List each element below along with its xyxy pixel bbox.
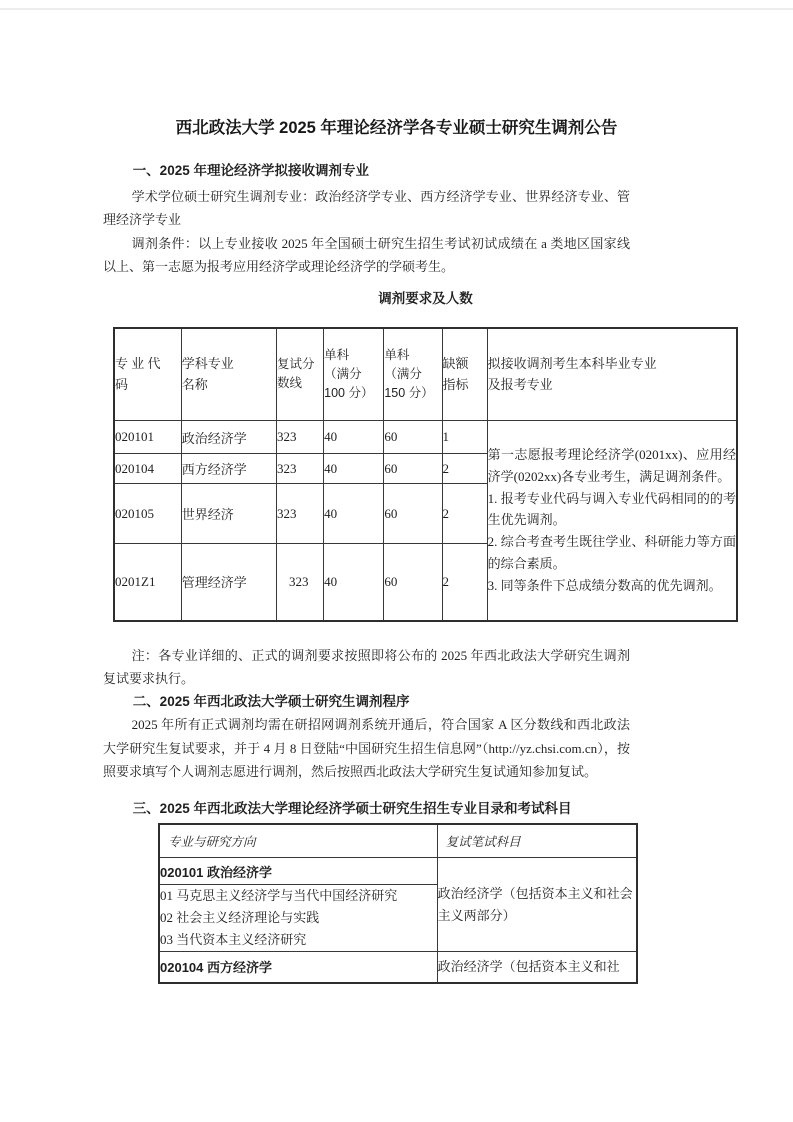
table2-header-exam: 复试笔试科目 <box>437 824 637 858</box>
cell-single150: 60 <box>384 484 442 544</box>
cell-single100: 40 <box>324 454 384 484</box>
table-row: 020104 西方经济学 政治经济学（包括资本主义和社 <box>159 952 637 983</box>
cell-single100: 40 <box>324 484 384 544</box>
cell-code: 020105 <box>114 484 181 544</box>
cell-name: 世界经济 <box>181 484 276 544</box>
adjustment-quota-table: 专 业 代 码 学科专业 名称 复试分 数线 单科 （满分 100 分） 单科 … <box>113 327 738 622</box>
table1-requirement-cell: 第一志愿报考理论经济学(0201xx)、应用经济学(0202xx)各专业考生，满… <box>487 421 737 621</box>
cell-name: 管理经济学 <box>181 544 276 621</box>
table1-header-name: 学科专业 名称 <box>181 328 276 421</box>
requirement-item-3: 3. 同等条件下总成绩分数高的优先调剂。 <box>488 575 736 597</box>
table1-caption: 调剂要求及人数 <box>113 287 738 307</box>
cell-quota: 1 <box>442 421 487 454</box>
cell-single150: 60 <box>384 421 442 454</box>
table1-header-quota: 缺额 指标 <box>442 328 487 421</box>
section1-paragraph-conditions: 调剂条件：以上专业接收 2025 年全国硕士研究生招生考试初试成绩在 a 类地区… <box>103 232 630 279</box>
section1-paragraph-majors: 学术学位硕士研究生调剂专业：政治经济学专业、西方经济学专业、世界经济专业、管理经… <box>103 185 630 232</box>
table2-header-direction: 专业与研究方向 <box>159 824 437 858</box>
requirement-intro: 第一志愿报考理论经济学(0201xx)、应用经济学(0202xx)各专业考生，满… <box>488 444 736 488</box>
cell-single150: 60 <box>384 544 442 621</box>
table-row: 020101 政治经济学 政治经济学（包括资本主义和社会主义两部分） <box>159 858 637 885</box>
major-020101-directions: 01 马克思主义经济学与当代中国经济研究 02 社会主义经济理论与实践 03 当… <box>159 885 437 952</box>
cell-code: 020101 <box>114 421 181 454</box>
cell-code: 020104 <box>114 454 181 484</box>
requirement-item-2: 2. 综合考查考生既往学业、科研能力等方面的综合素质。 <box>488 531 736 575</box>
cell-score: 323 <box>277 484 324 544</box>
table1-header-code: 专 业 代 码 <box>114 328 181 421</box>
table1-header-target: 拟接收调剂考生本科毕业专业 及报考专业 <box>487 328 737 421</box>
major-020104-exam-subject: 政治经济学（包括资本主义和社 <box>437 952 637 983</box>
cell-quota: 2 <box>442 544 487 621</box>
section1-heading: 一、2025 年理论经济学拟接收调剂专业 <box>103 159 663 182</box>
cell-score: 323 <box>277 454 324 484</box>
section2-paragraph: 2025 年所有正式调剂均需在研招网调剂系统开通后，符合国家 A 区分数线和西北… <box>103 713 630 783</box>
table1-header-row: 专 业 代 码 学科专业 名称 复试分 数线 单科 （满分 100 分） 单科 … <box>114 328 737 421</box>
major-020101-title: 020101 政治经济学 <box>159 858 437 885</box>
cell-quota: 2 <box>442 484 487 544</box>
direction-item: 02 社会主义经济理论与实践 <box>160 907 437 929</box>
cell-score: 323 <box>277 544 324 621</box>
cell-code: 0201Z1 <box>114 544 181 621</box>
table1-header-score-line: 复试分 数线 <box>277 328 324 421</box>
table1-header-single150: 单科 （满分 150 分） <box>384 328 442 421</box>
document-content: 西北政法大学 2025 年理论经济学各专业硕士研究生调剂公告 一、2025 年理… <box>0 0 793 984</box>
major-020101-exam-subject: 政治经济学（包括资本主义和社会主义两部分） <box>437 858 637 952</box>
table2-header-row: 专业与研究方向 复试笔试科目 <box>159 824 637 858</box>
major-020104-title: 020104 西方经济学 <box>159 952 437 983</box>
cell-single150: 60 <box>384 454 442 484</box>
document-page: 西北政法大学 2025 年理论经济学各专业硕士研究生调剂公告 一、2025 年理… <box>0 0 793 1122</box>
direction-item: 01 马克思主义经济学与当代中国经济研究 <box>160 885 437 907</box>
cell-quota: 2 <box>442 454 487 484</box>
table1-header-single100: 单科 （满分 100 分） <box>324 328 384 421</box>
program-catalog-table: 专业与研究方向 复试笔试科目 020101 政治经济学 政治经济学（包括资本主义… <box>158 823 638 984</box>
cell-single100: 40 <box>324 544 384 621</box>
cell-single100: 40 <box>324 421 384 454</box>
section3-heading: 三、2025 年西北政法大学理论经济学硕士研究生招生专业目录和考试科目 <box>103 797 723 820</box>
section2-heading: 二、2025 年西北政法大学硕士研究生调剂程序 <box>103 690 663 713</box>
direction-item: 03 当代资本主义经济研究 <box>160 929 437 951</box>
requirement-item-1: 1. 报考专业代码与调入专业代码相同的的考生优先调剂。 <box>488 488 736 532</box>
cell-name: 政治经济学 <box>181 421 276 454</box>
cell-name: 西方经济学 <box>181 454 276 484</box>
table-row: 020101 政治经济学 323 40 60 1 第一志愿报考理论经济学(020… <box>114 421 737 454</box>
page-title: 西北政法大学 2025 年理论经济学各专业硕士研究生调剂公告 <box>0 0 793 140</box>
cell-score: 323 <box>277 421 324 454</box>
table1-note: 注：各专业详细的、正式的调剂要求按照即将公布的 2025 年西北政法大学研究生调… <box>103 644 630 691</box>
